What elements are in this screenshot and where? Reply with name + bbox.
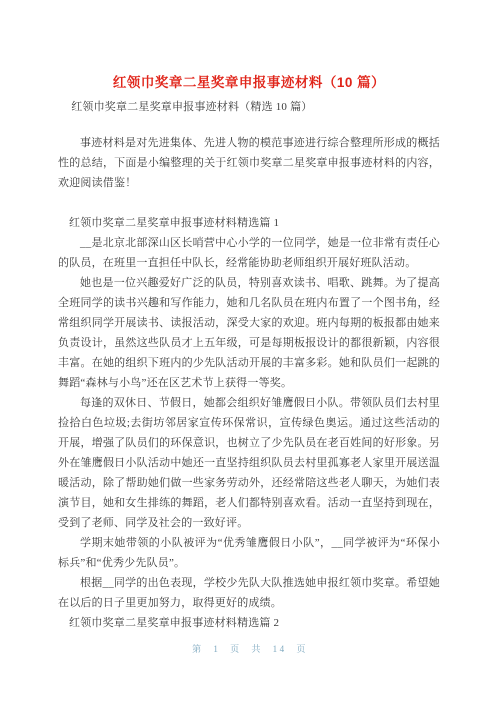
document-page: 红领巾奖章二星奖章申报事迹材料（10 篇） 红领巾奖章二星奖章申报事迹材料（精选…	[0, 0, 500, 707]
page-number-footer: 第 1 页 共 14 页	[0, 642, 500, 656]
document-title: 红领巾奖章二星奖章申报事迹材料（10 篇）	[58, 72, 440, 94]
section-1-heading: 红领巾奖章二星奖章申报事迹材料精选篇 1	[58, 213, 440, 233]
body-paragraph: 学期末她带领的小队被评为“优秀雏鹰假日小队”，__同学被评为“环保小标兵”和“优…	[58, 533, 440, 573]
body-paragraph: 每逢的双休日、节假日，她都会组织好雏鹰假日小队。带领队员们去村里捡拾白色垃圾;去…	[58, 393, 440, 533]
section-2-heading: 红领巾奖章二星奖章申报事迹材料精选篇 2	[58, 613, 440, 633]
body-paragraph: 根据__同学的出色表现，学校少先队大队推选她申报红领巾奖章。希望她在以后的日子里…	[58, 573, 440, 613]
body-paragraph: __是北京北部深山区长哨营中心小学的一位同学，她是一位非常有责任心的队员，在班里…	[58, 233, 440, 273]
document-subtitle: 红领巾奖章二星奖章申报事迹材料（精选 10 篇）	[58, 97, 440, 117]
intro-paragraph: 事迹材料是对先进集体、先进人物的模范事迹进行综合整理所形成的概括性的总结，下面是…	[58, 133, 440, 193]
body-paragraph: 她也是一位兴趣爱好广泛的队员，特别喜欢读书、唱歌、跳舞。为了提高全班同学的读书兴…	[58, 273, 440, 393]
